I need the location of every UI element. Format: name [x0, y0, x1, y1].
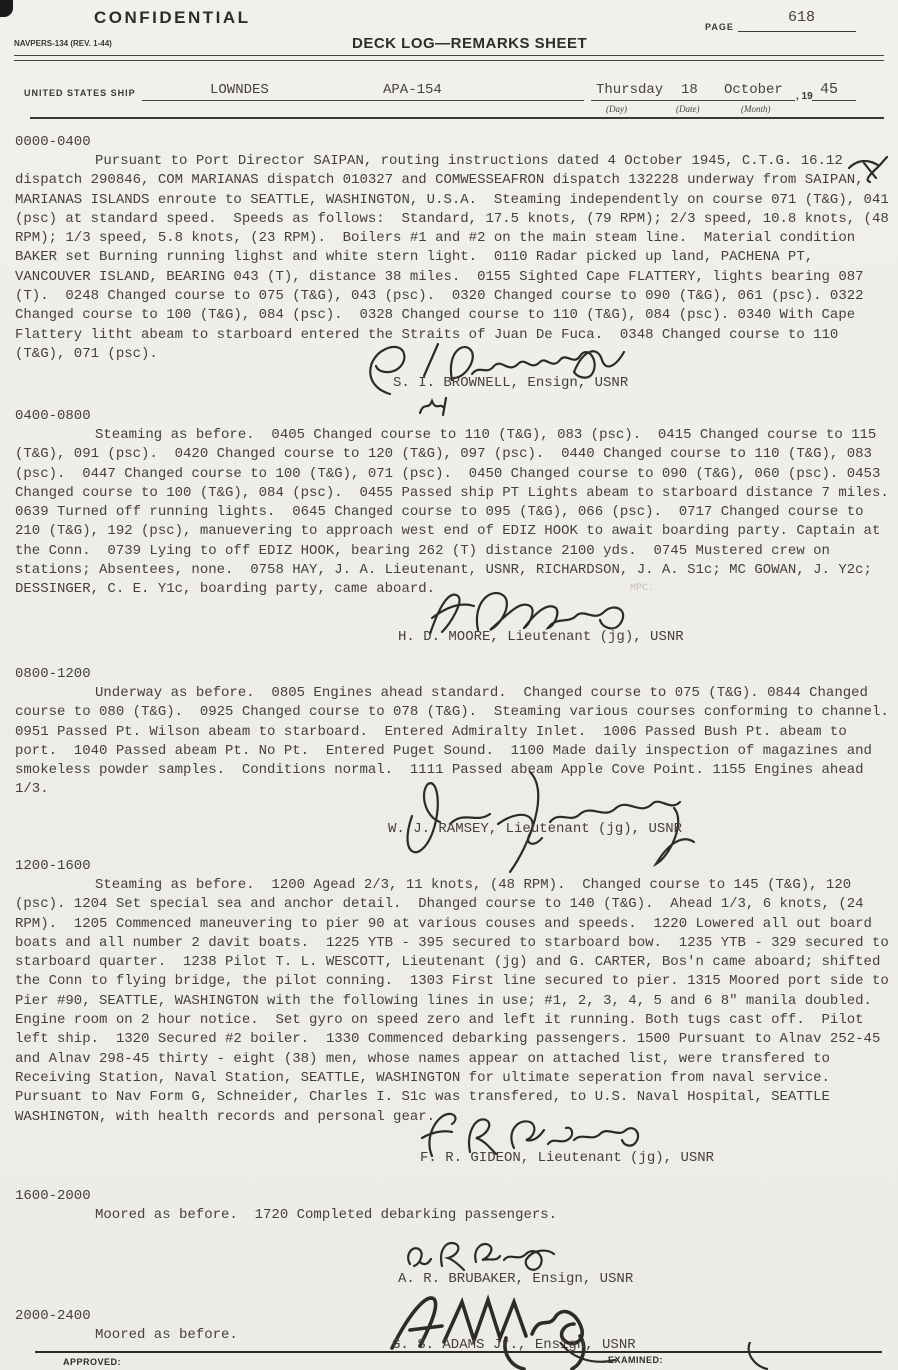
- log-entry-0800-1200: 0800-1200 Underway as before. 0805 Engin…: [15, 666, 889, 800]
- classification-stamp: CONFIDENTIAL: [94, 8, 251, 28]
- watch-time-label: 1600-2000: [15, 1188, 889, 1204]
- watch-time-label: 0400-0800: [15, 408, 889, 424]
- signature-brubaker: [398, 1236, 573, 1276]
- page-number-underline: [738, 31, 856, 32]
- watch-time-label: 1200-1600: [15, 858, 889, 874]
- scan-corner-artifact: [0, 0, 13, 17]
- page-number: 618: [788, 9, 815, 26]
- year-prefix: , 19: [796, 91, 813, 102]
- officer-name-ramsey: W. J. RAMSEY, Lieutenant (jg), USNR: [388, 821, 682, 837]
- month-value: October: [724, 82, 783, 98]
- deck-log-page: CONFIDENTIAL PAGE 618 NAVPERS-134 (REV. …: [0, 0, 898, 1370]
- ship-label: UNITED STATES SHIP: [24, 88, 136, 98]
- watch-remarks: Steaming as before. 0405 Changed course …: [15, 426, 889, 600]
- log-entry-1200-1600: 1200-1600 Steaming as before. 1200 Agead…: [15, 858, 889, 1127]
- officer-name-moore: H. D. MOORE, Lieutenant (jg), USNR: [398, 629, 684, 645]
- log-entry-0400-0800: 0400-0800 Steaming as before. 0405 Chang…: [15, 408, 889, 600]
- header-bottom-rule: [30, 117, 884, 119]
- ship-name: LOWNDES: [210, 82, 269, 98]
- log-entry-1600-2000: 1600-2000 Moored as before. 1720 Complet…: [15, 1188, 889, 1225]
- watch-time-label: 0800-1200: [15, 666, 889, 682]
- date-value: 18: [681, 82, 698, 98]
- header-double-rule: [14, 55, 884, 61]
- watch-time-label: 0000-0400: [15, 134, 889, 150]
- ship-underline: [142, 100, 584, 101]
- page-label: PAGE: [705, 22, 734, 32]
- officer-name-brownell: S. I. BROWNELL, Ensign, USNR: [393, 375, 628, 391]
- year-underline: [812, 100, 856, 101]
- year-value: 45: [820, 81, 838, 98]
- document-title: DECK LOG—REMARKS SHEET: [352, 35, 587, 52]
- faint-stamp: MPC.: [630, 583, 654, 594]
- watch-time-label: 2000-2400: [15, 1308, 889, 1324]
- day-value: Thursday: [596, 82, 663, 98]
- watch-remarks: Steaming as before. 1200 Agead 2/3, 11 k…: [15, 876, 889, 1127]
- day-field-label: (Day): [606, 104, 627, 114]
- officer-name-brubaker: A. R. BRUBAKER, Ensign, USNR: [398, 1271, 633, 1287]
- approved-label: APPROVED:: [63, 1357, 121, 1367]
- log-entry-0000-0400: 0000-0400 Pursuant to Port Director SAIP…: [15, 134, 889, 364]
- date-underline: [591, 100, 795, 101]
- date-field-label: (Date): [676, 104, 700, 114]
- footer-rule: [35, 1351, 882, 1353]
- officer-name-gideon: F. R. GIDEON, Lieutenant (jg), USNR: [420, 1150, 714, 1166]
- watch-remarks: Underway as before. 0805 Engines ahead s…: [15, 684, 889, 800]
- month-field-label: (Month): [741, 104, 771, 114]
- form-number: NAVPERS-134 (REV. 1-44): [14, 39, 112, 48]
- hull-number: APA-154: [383, 82, 442, 98]
- examined-label: EXAMINED:: [608, 1355, 663, 1365]
- watch-remarks: Pursuant to Port Director SAIPAN, routin…: [15, 152, 889, 364]
- watch-remarks: Moored as before. 1720 Completed debarki…: [15, 1206, 889, 1225]
